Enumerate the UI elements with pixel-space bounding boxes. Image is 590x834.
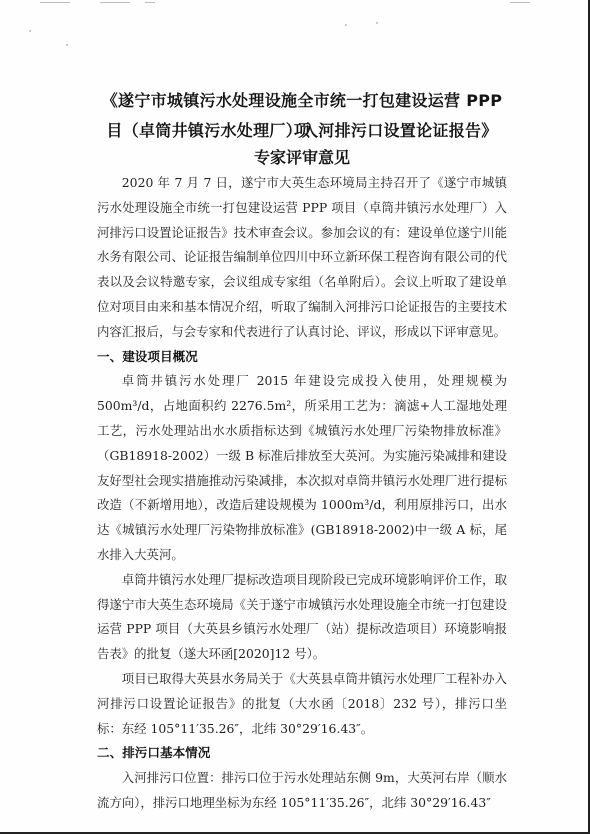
- scan-speck: [66, 44, 68, 46]
- scan-speck: [376, 22, 378, 24]
- section-1-paragraph: 项目已取得大英县水务局关于《大英县卓筒井镇污水处理厂工程补办入河排污口设置论证报…: [97, 667, 507, 741]
- section-heading-project-overview: 一、建设项目概况: [97, 345, 507, 370]
- scan-edge-marks: [0, 2, 590, 4]
- section-heading-outfall-info: 二、排污口基本情况: [97, 741, 507, 766]
- section-1-paragraph: 卓筒井镇污水处理厂提标改造项目现阶段已完成环境影响评价工作，取得遂宁市大英生态环…: [97, 568, 507, 667]
- section-1-paragraph: 卓筒井镇污水处理厂 2015 年建设完成投入使用，处理规模为 500m³/d，占…: [97, 369, 507, 567]
- document-page: 《遂宁市城镇污水处理设施全市统一打包建设运营 PPP 项 目（卓筒井镇污水处理厂…: [0, 0, 590, 834]
- section-2-paragraph: 入河排污口位置：排污口位于污水处理站东侧 9m，大英河右岸（顺水流方向），排污口…: [97, 766, 507, 816]
- intro-paragraph: 2020 年 7 月 7 日，遂宁市大英生态环境局主持召开了《遂宁市城镇污水处理…: [97, 171, 507, 345]
- scan-speck: [29, 30, 31, 32]
- document-body: 2020 年 7 月 7 日，遂宁市大英生态环境局主持召开了《遂宁市城镇污水处理…: [97, 171, 507, 816]
- document-subtitle: 专家评审意见: [92, 144, 512, 172]
- document-title-line-2: 目（卓筒井镇污水处理厂）入河排污口设置论证报告》: [92, 116, 512, 146]
- scan-speck: [345, 24, 347, 26]
